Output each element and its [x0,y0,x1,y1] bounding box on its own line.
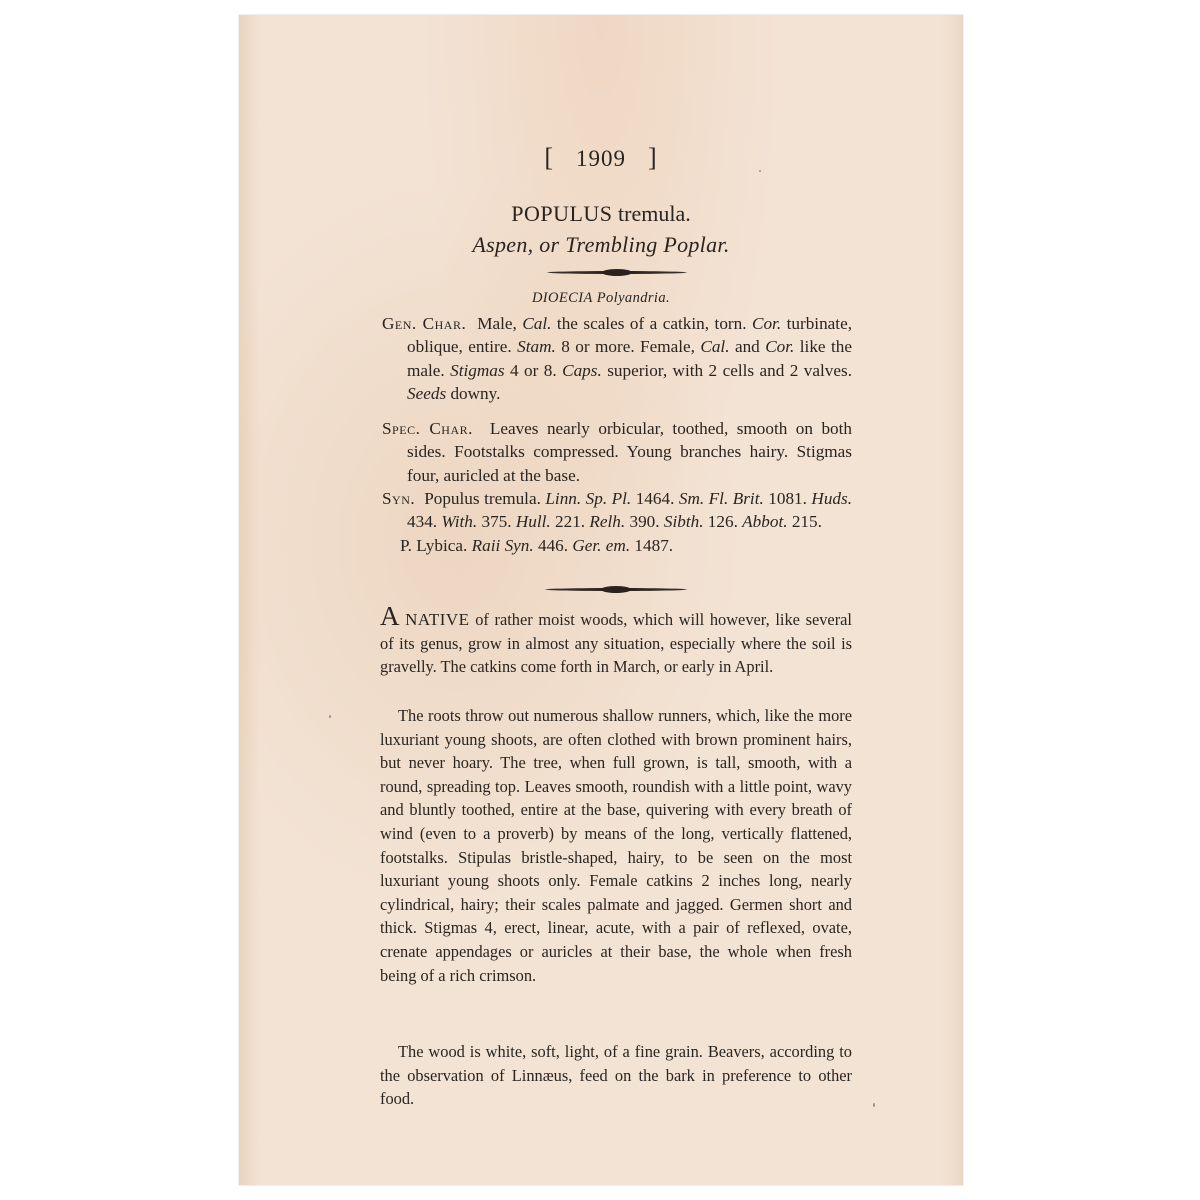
paper-speck [759,170,761,172]
genus-name: POPULUS [511,201,612,226]
book-page: [1909] POPULUS tremula. Aspen, or Trembl… [239,15,963,1185]
order-name: Polyandria. [597,290,670,306]
description-paragraph-3: The wood is white, soft, light, of a fin… [380,1040,852,1111]
gen-char-text: Male, Cal. the scales of a catkin, torn.… [407,314,852,403]
spec-char-text: Leaves nearly orbicular, toothed, smooth… [407,419,852,485]
species-name: tremula. [618,201,691,226]
common-name: Aspen, or Trembling Poplar. [239,232,963,258]
bracket-open: [ [544,143,554,172]
ornamental-rule-top [547,271,687,274]
class-name: DIOECIA [532,290,593,306]
page-number: 1909 [576,146,626,171]
synonyms: Syn. Populus tremula. Linn. Sp. Pl. 1464… [382,487,852,557]
species-title: POPULUS tremula. [239,201,963,227]
ornamental-rule-bottom [545,588,687,591]
paper-speck [329,715,331,718]
description-paragraph-1: A NATIVE of rather moist woods, which wi… [380,605,852,679]
syn-text: Populus tremula. Linn. Sp. Pl. 1464. Sm.… [407,489,852,531]
description-paragraph-2: The roots throw out numerous shallow run… [380,704,852,987]
intro-small-caps: NATIVE [405,610,469,629]
syn-label: Syn. [382,489,415,508]
bracket-close: ] [648,143,658,172]
generic-character: Gen. Char. Male, Cal. the scales of a ca… [382,312,852,405]
gen-char-label: Gen. Char. [382,314,466,333]
linnaean-classification: DIOECIA Polyandria. [239,290,963,307]
drop-initial: A [380,601,400,631]
page-number-header: [1909] [239,143,963,173]
paper-speck [873,1103,875,1107]
specific-character: Spec. Char. Leaves nearly orbicular, too… [382,417,852,487]
spec-char-label: Spec. Char. [382,419,473,438]
syn-lybica: P. Lybica. Raii Syn. 446. Ger. em. 1487. [382,534,852,557]
